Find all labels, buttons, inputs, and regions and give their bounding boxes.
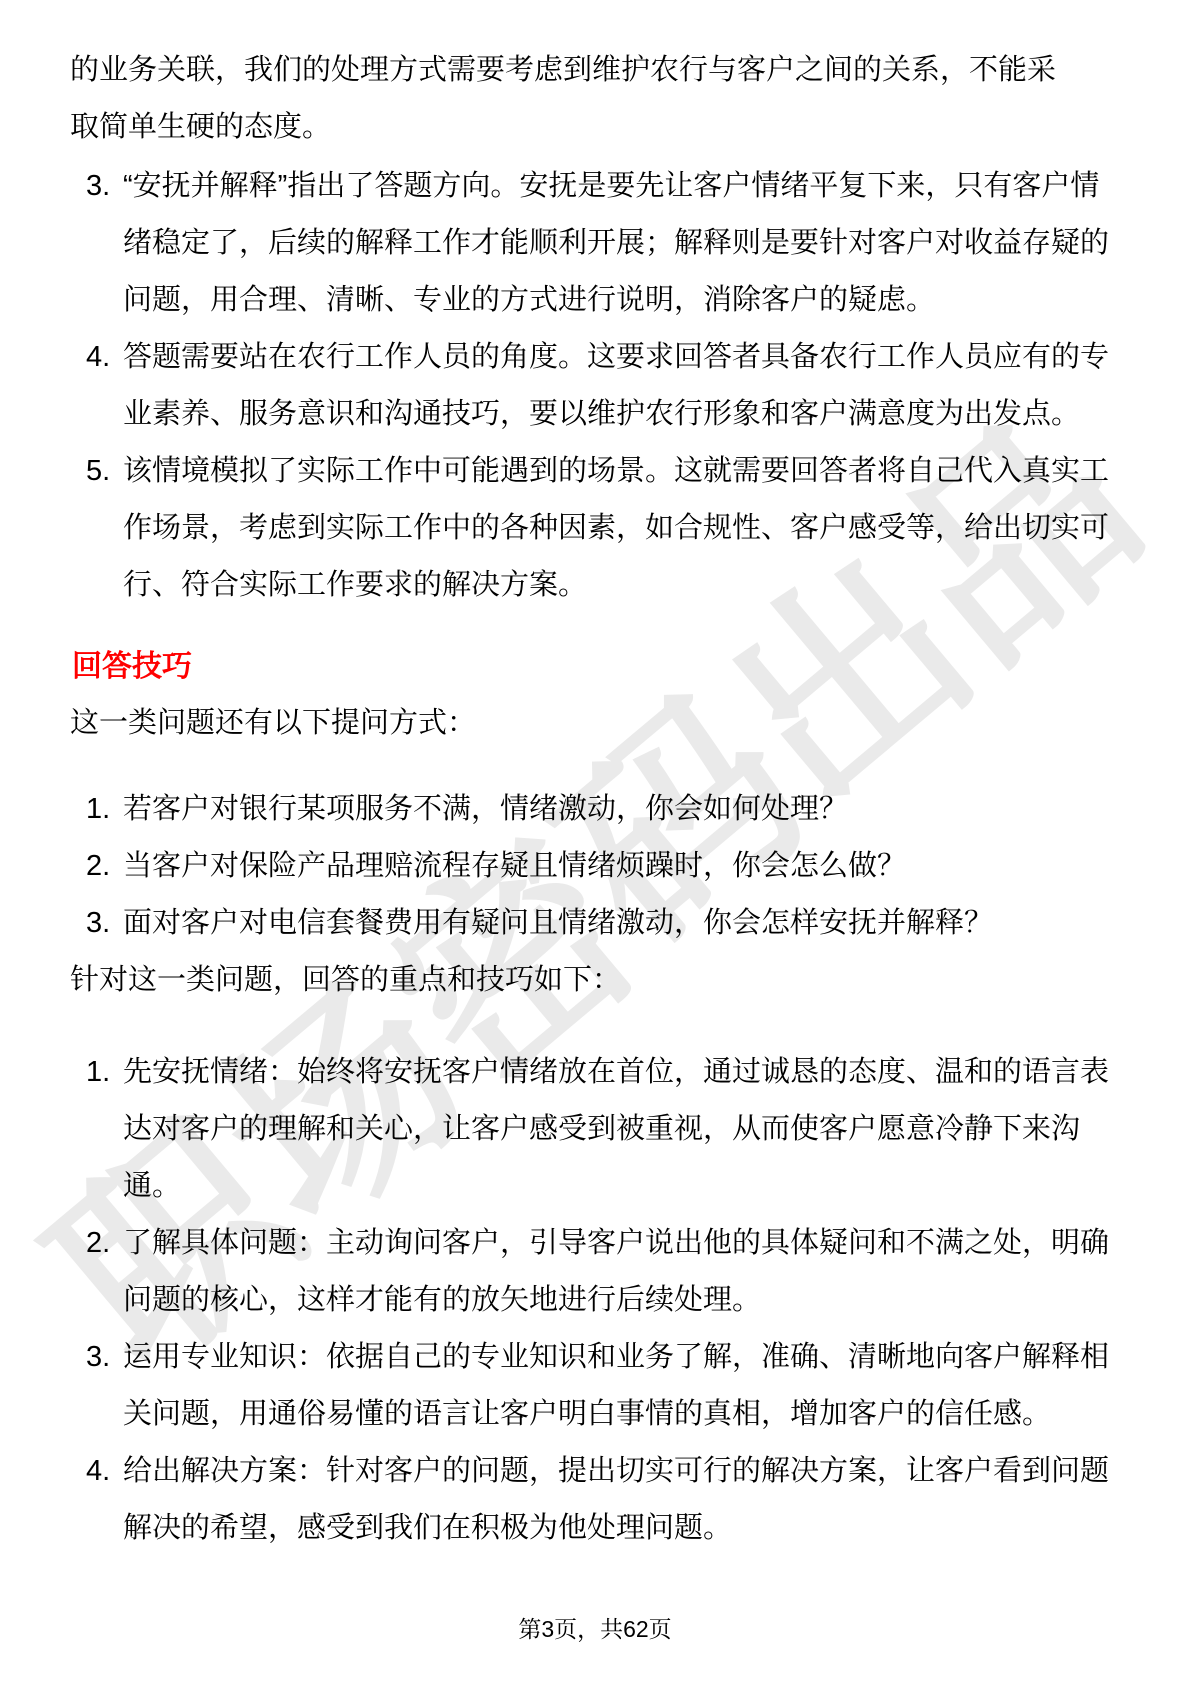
item-number: 3. [86,158,110,215]
continuation-paragraph: 的业务关联，我们的处理方式需要考虑到维护农行与客户之间的关系，不能采取简单生硬的… [70,42,1060,156]
document-page: 职场密码出品 的业务关联，我们的处理方式需要考虑到维护农行与客户之间的关系，不能… [0,0,1190,1684]
item-number: 3. [86,895,110,952]
item-text: 面对客户对电信套餐费用有疑问且情绪激动，你会怎样安抚并解释？ [123,907,993,939]
item-text: 给出解决方案：针对客户的问题，提出切实可行的解决方案，让客户看到问题解决的希望，… [123,1455,1109,1544]
item-text: 当客户对保险产品理赔流程存疑且情绪烦躁时，你会怎么做？ [123,850,906,882]
item-text: 若客户对银行某项服务不满，情绪激动，你会如何处理？ [123,793,848,825]
intro-questions-paragraph: 这一类问题还有以下提问方式： [70,695,1115,752]
intro-techniques-paragraph: 针对这一类问题，回答的重点和技巧如下： [70,952,1115,1009]
item-number: 1. [86,1044,110,1101]
item-number: 2. [86,1215,110,1272]
question-list: 1. 若客户对银行某项服务不满，情绪激动，你会如何处理？ 2. 当客户对保险产品… [123,781,1113,952]
technique-item: 3. 运用专业知识：依据自己的专业知识和业务了解，准确、清晰地向客户解释相关问题… [123,1329,1113,1443]
analysis-item: 5. 该情境模拟了实际工作中可能遇到的场景。这就需要回答者将自己代入真实工作场景… [123,443,1113,614]
technique-item: 2. 了解具体问题：主动询问客户，引导客户说出他的具体疑问和不满之处，明确问题的… [123,1215,1113,1329]
item-number: 1. [86,781,110,838]
page-footer: 第3页，共62页 [0,1612,1190,1646]
question-item: 2. 当客户对保险产品理赔流程存疑且情绪烦躁时，你会怎么做？ [123,838,1113,895]
item-text: 该情境模拟了实际工作中可能遇到的场景。这就需要回答者将自己代入真实工作场景，考虑… [123,455,1109,601]
analysis-item: 4. 答题需要站在农行工作人员的角度。这要求回答者具备农行工作人员应有的专业素养… [123,329,1113,443]
section-heading: 回答技巧 [72,638,1115,695]
page-content: 的业务关联，我们的处理方式需要考虑到维护农行与客户之间的关系，不能采取简单生硬的… [70,42,1115,1557]
item-text: 答题需要站在农行工作人员的角度。这要求回答者具备农行工作人员应有的专业素养、服务… [123,341,1109,430]
technique-item: 4. 给出解决方案：针对客户的问题，提出切实可行的解决方案，让客户看到问题解决的… [123,1443,1113,1557]
technique-item: 1. 先安抚情绪：始终将安抚客户情绪放在首位，通过诚恳的态度、温和的语言表达对客… [123,1044,1113,1215]
item-number: 5. [86,443,110,500]
item-text: 了解具体问题：主动询问客户，引导客户说出他的具体疑问和不满之处，明确问题的核心，… [123,1227,1109,1316]
technique-list: 1. 先安抚情绪：始终将安抚客户情绪放在首位，通过诚恳的态度、温和的语言表达对客… [123,1044,1113,1557]
question-item: 1. 若客户对银行某项服务不满，情绪激动，你会如何处理？ [123,781,1113,838]
item-text: “安抚并解释”指出了答题方向。安抚是要先让客户情绪平复下来，只有客户情绪稳定了，… [123,170,1109,316]
analysis-list: 3. “安抚并解释”指出了答题方向。安抚是要先让客户情绪平复下来，只有客户情绪稳… [123,158,1113,614]
item-number: 3. [86,1329,110,1386]
item-text: 先安抚情绪：始终将安抚客户情绪放在首位，通过诚恳的态度、温和的语言表达对客户的理… [123,1056,1109,1202]
analysis-item: 3. “安抚并解释”指出了答题方向。安抚是要先让客户情绪平复下来，只有客户情绪稳… [123,158,1113,329]
item-text: 运用专业知识：依据自己的专业知识和业务了解，准确、清晰地向客户解释相关问题，用通… [123,1341,1109,1430]
question-item: 3. 面对客户对电信套餐费用有疑问且情绪激动，你会怎样安抚并解释？ [123,895,1113,952]
item-number: 2. [86,838,110,895]
item-number: 4. [86,329,110,386]
item-number: 4. [86,1443,110,1500]
